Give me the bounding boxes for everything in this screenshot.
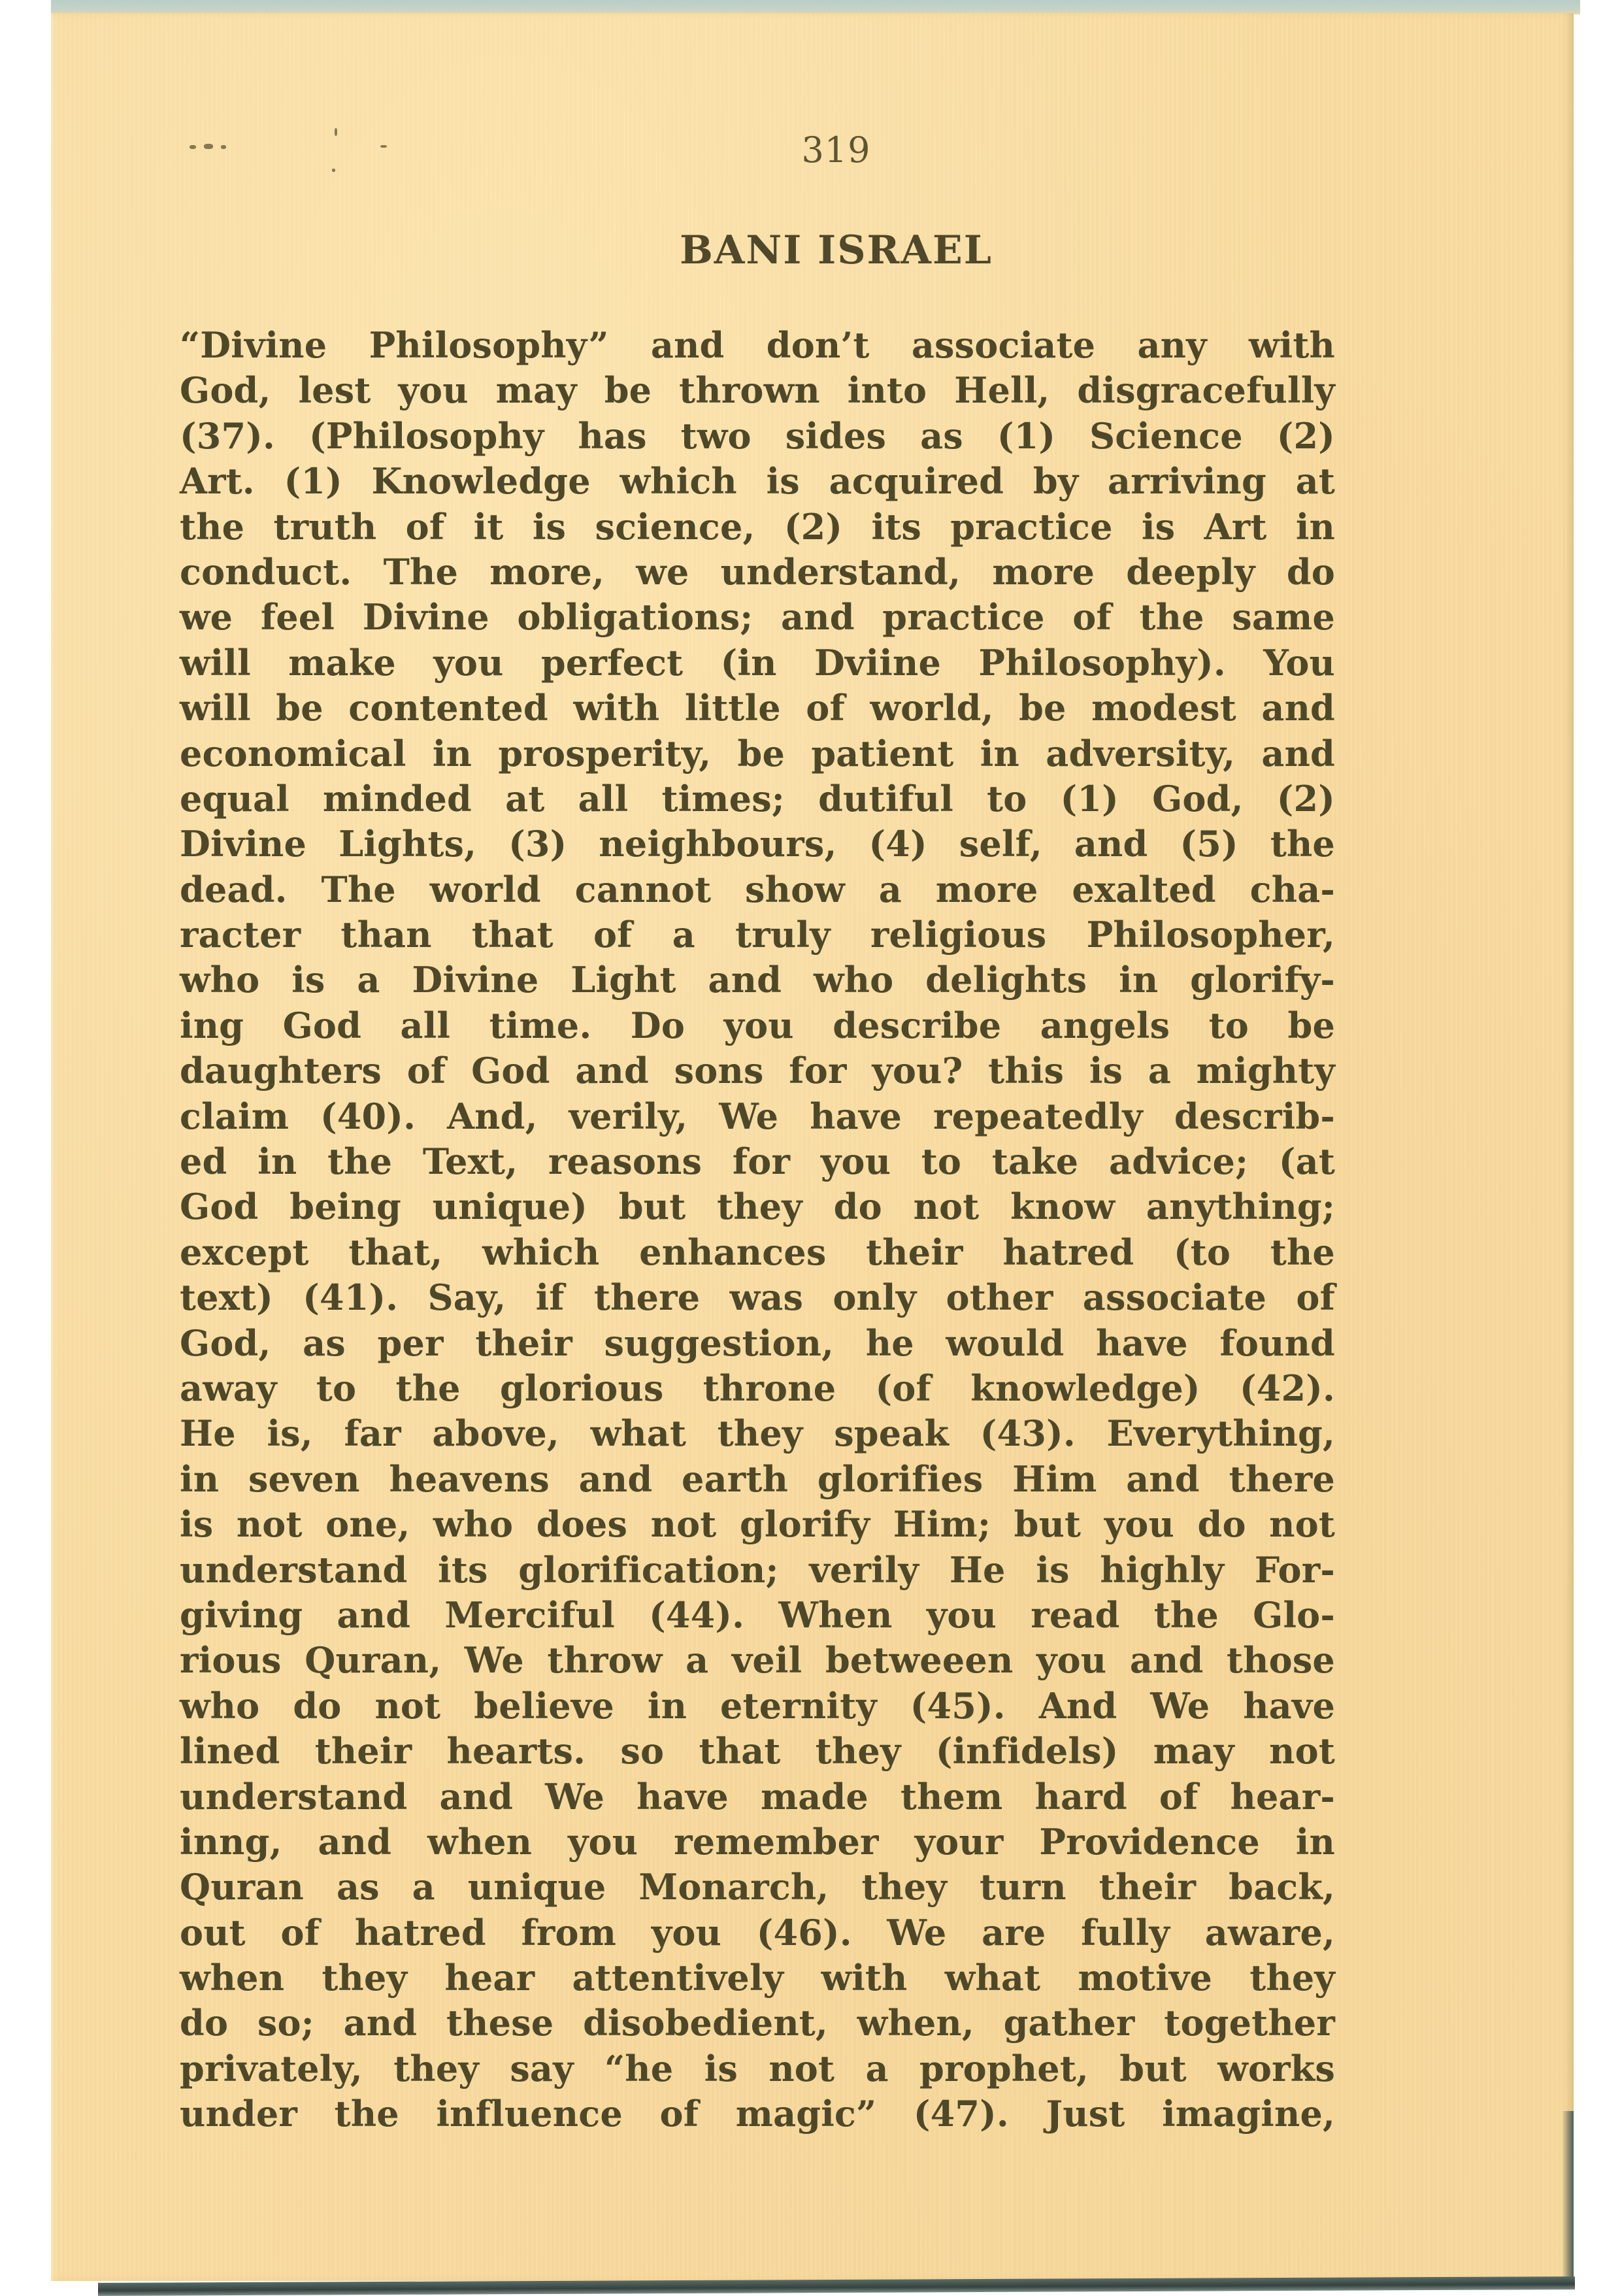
text-line: understand its glorification; verily He … [180, 1548, 1335, 1593]
text-line: Divine Lights, (3) neighbours, (4) self,… [180, 822, 1335, 867]
text-line: (37). (Philosophy has two sides as (1) S… [180, 414, 1335, 459]
page-corner-shadow [1562, 2111, 1574, 2281]
scanned-page-image: 319 BANI ISRAEL “Divine Philosophy” and … [0, 0, 1620, 2293]
text-line: God being unique) but they do not know a… [180, 1184, 1335, 1229]
text-line: giving and Merciful (44). When you read … [180, 1593, 1335, 1638]
text-line: away to the glorious throne (of knowledg… [180, 1366, 1335, 1411]
text-line: text) (41). Say, if there was only other… [180, 1275, 1335, 1320]
text-line: economical in prosperity, be patient in … [180, 731, 1335, 776]
text-line: He is, far above, what they speak (43). … [180, 1411, 1335, 1456]
text-line: Art. (1) Knowledge which is acquired by … [180, 459, 1335, 504]
text-line: rious Quran, We throw a veil betweeen yo… [180, 1638, 1335, 1683]
scan-top-edge [51, 0, 1580, 14]
text-line: is not one, who does not glorify Him; bu… [180, 1502, 1335, 1547]
text-line: dead. The world cannot show a more exalt… [180, 867, 1335, 912]
text-line: who is a Divine Light and who delights i… [180, 957, 1335, 1003]
text-line: Quran as a unique Monarch, they turn the… [180, 1865, 1335, 1910]
text-line: will be contented with little of world, … [180, 686, 1335, 731]
body-text: “Divine Philosophy” and don’t associate … [180, 323, 1335, 2137]
text-line: do so; and these disobedient, when, gath… [180, 2001, 1335, 2046]
chapter-title: BANI ISRAEL [0, 227, 1620, 273]
text-line: lined their hearts. so that they (infide… [180, 1729, 1335, 1774]
text-line: ing God all time. Do you describe angels… [180, 1003, 1335, 1048]
text-line: claim (40). And, verily, We have repeate… [180, 1094, 1335, 1139]
text-line: racter than that of a truly religious Ph… [180, 912, 1335, 957]
text-line: under the influence of magic” (47). Just… [180, 2091, 1335, 2137]
text-line: except that, which enhances their hatred… [180, 1230, 1335, 1275]
text-line: “Divine Philosophy” and don’t associate … [180, 323, 1335, 368]
text-line: God, lest you may be thrown into Hell, d… [180, 368, 1335, 413]
text-line: who do not believe in eternity (45). And… [180, 1684, 1335, 1729]
text-line: understand and We have made them hard of… [180, 1774, 1335, 1820]
text-line: the truth of it is science, (2) its prac… [180, 505, 1335, 550]
text-line: will make you perfect (in Dviine Philoso… [180, 641, 1335, 686]
text-line: in seven heavens and earth glorifies Him… [180, 1457, 1335, 1502]
text-line: God, as per their suggestion, he would h… [180, 1321, 1335, 1366]
text-line: privately, they say “he is not a prophet… [180, 2046, 1335, 2091]
text-line: equal minded at all times; dutiful to (1… [180, 776, 1335, 822]
text-line: ed in the Text, reasons for you to take … [180, 1139, 1335, 1184]
text-line: daughters of God and sons for you? this … [180, 1048, 1335, 1093]
text-line: out of hatred from you (46). We are full… [180, 1910, 1335, 1955]
text-line: when they hear attentively with what mot… [180, 1955, 1335, 2001]
text-line: inng, and when you remember your Provide… [180, 1820, 1335, 1865]
text-line: conduct. The more, we understand, more d… [180, 550, 1335, 595]
text-line: we feel Divine obligations; and practice… [180, 595, 1335, 640]
page-number: 319 [0, 129, 1620, 171]
